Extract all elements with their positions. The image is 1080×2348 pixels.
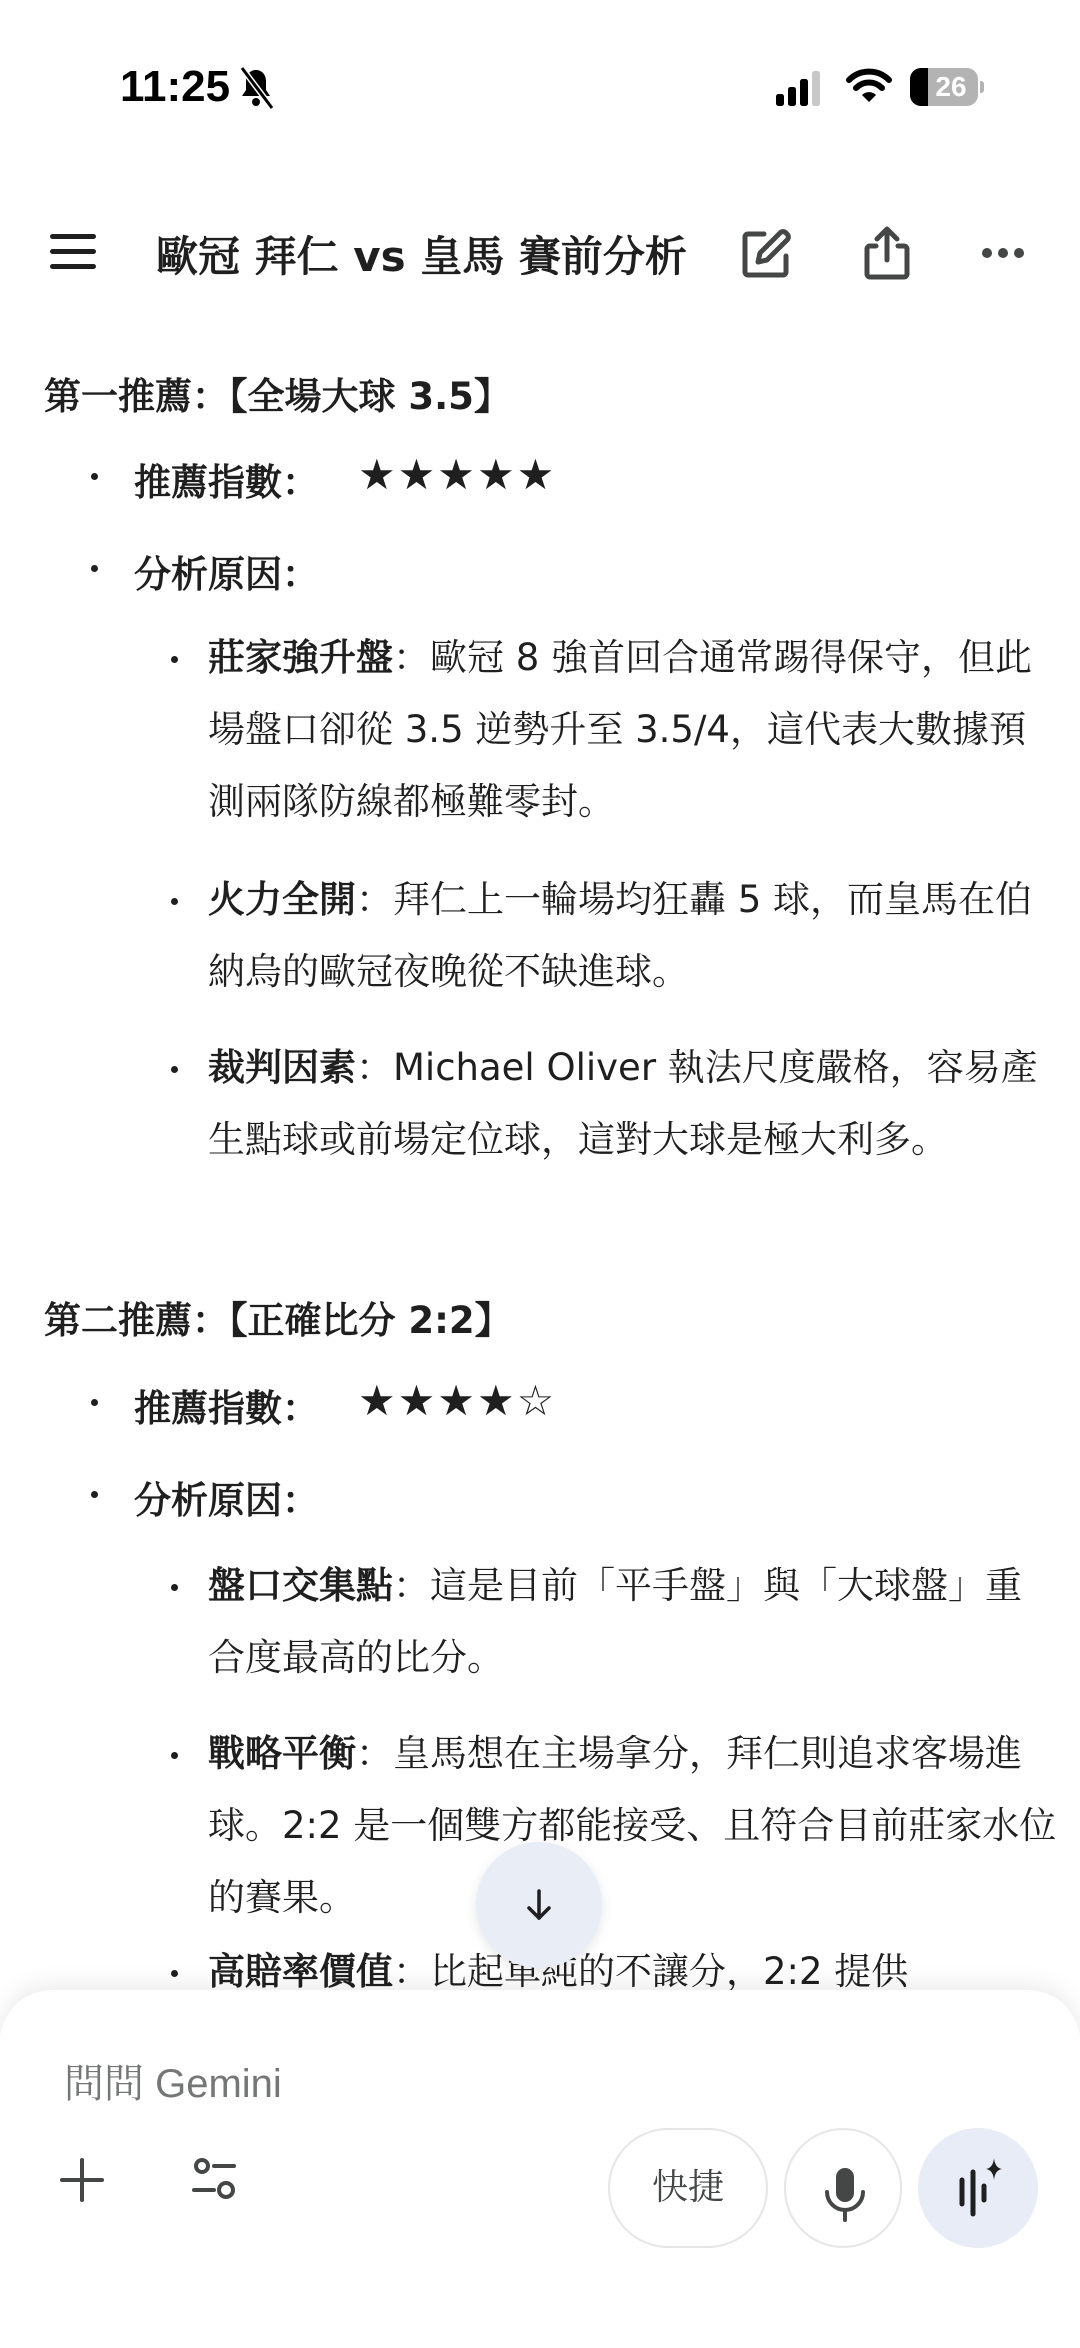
star-rating-icon: ★★★★★	[358, 450, 556, 499]
bullet	[171, 656, 178, 663]
reason-heading: 盤口交集點	[208, 1564, 393, 1607]
bell-slash-icon	[236, 66, 276, 110]
bullet	[91, 1491, 98, 1498]
reason-heading: 火力全開	[208, 878, 356, 921]
reason-heading: 裁判因素	[208, 1046, 356, 1089]
shortcut-button[interactable]: 快捷	[608, 2128, 768, 2248]
bullet	[171, 1752, 178, 1759]
status-time: 11:25	[120, 62, 230, 112]
more-options-button[interactable]	[974, 224, 1032, 282]
bullet	[91, 473, 98, 480]
battery-indicator: 26	[910, 68, 984, 106]
plus-icon	[52, 2150, 112, 2210]
menu-button[interactable]	[44, 226, 106, 278]
share-button[interactable]	[858, 224, 916, 282]
cellular-signal-icon	[774, 70, 826, 106]
edit-icon	[738, 224, 796, 282]
voice-input-button[interactable]	[784, 2128, 902, 2248]
reason-heading: 高賠率價值	[208, 1950, 393, 1993]
app-header: 歐冠 拜仁 vs 皇馬 賽前分析	[0, 200, 1080, 304]
reasons-label: 分析原因：	[134, 1470, 319, 1524]
reasons-label: 分析原因：	[134, 544, 319, 598]
tools-button[interactable]	[184, 2150, 244, 2210]
gemini-live-button[interactable]	[918, 2128, 1038, 2248]
more-horizontal-icon	[974, 224, 1032, 282]
add-attachment-button[interactable]	[52, 2150, 112, 2210]
bullet	[171, 898, 178, 905]
prompt-composer: 快捷	[0, 1990, 1080, 2348]
wifi-icon	[846, 68, 892, 104]
share-icon	[858, 224, 916, 282]
scroll-to-bottom-button[interactable]	[476, 1842, 602, 1968]
gemini-live-icon	[918, 2128, 1038, 2248]
reason-heading: 莊家強升盤	[208, 636, 393, 679]
section-title: 第二推薦：【正確比分 2:2】	[44, 1290, 512, 1344]
star-rating-icon: ★★★★☆	[358, 1376, 556, 1425]
bullet	[91, 565, 98, 572]
rating-label: 推薦指數：	[134, 452, 319, 506]
reason-heading: 戰略平衡	[208, 1732, 356, 1775]
bullet	[171, 1970, 178, 1977]
prompt-input[interactable]	[64, 2054, 1004, 2114]
edit-button[interactable]	[738, 224, 796, 282]
conversation-title[interactable]: 歐冠 拜仁 vs 皇馬 賽前分析	[156, 224, 687, 284]
reason-text: ：比起單純的不讓分，2:2 提供	[393, 1950, 908, 1993]
section-title: 第一推薦：【全場大球 3.5】	[44, 366, 511, 420]
bullet	[91, 1399, 98, 1406]
arrow-down-icon	[519, 1885, 559, 1925]
hamburger-menu-icon	[50, 234, 96, 239]
tools-sliders-icon	[184, 2150, 244, 2210]
rating-label: 推薦指數：	[134, 1378, 319, 1432]
battery-level: 26	[910, 68, 978, 106]
bullet	[171, 1066, 178, 1073]
microphone-icon	[786, 2130, 904, 2250]
status-bar: 11:25 26	[0, 0, 1080, 130]
bullet	[171, 1584, 178, 1591]
